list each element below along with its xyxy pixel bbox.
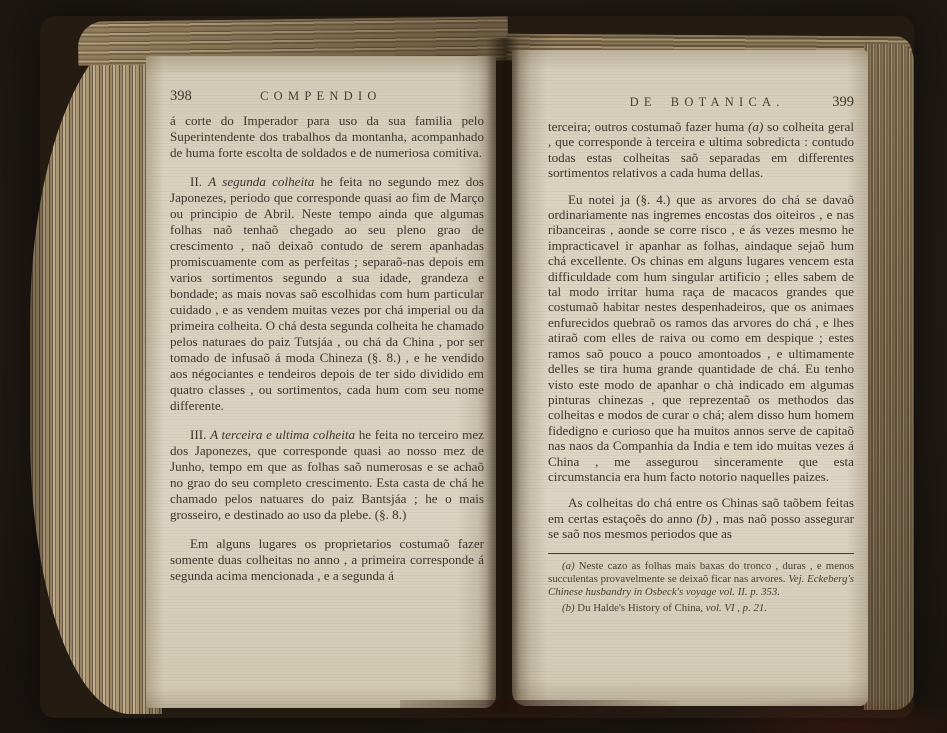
- right-page-text: terceira; outros costumaõ fazer huma (a)…: [548, 119, 854, 542]
- bottom-right-shadow: [690, 696, 947, 733]
- book-scan-background: 398 COMPENDIO á corte do Imperador para …: [0, 0, 947, 733]
- right-page-edge-stack: [864, 44, 914, 710]
- right-page: DE BOTANICA. 399 terceira; outros costum…: [512, 50, 868, 706]
- right-paragraph-1: terceira; outros costumaõ fazer huma (a)…: [548, 119, 854, 181]
- footnote-a: (a) Neste cazo as folhas mais baxas do t…: [548, 560, 854, 600]
- right-page-number: 399: [832, 94, 854, 111]
- left-page-text: á corte do Imperador para uso da sua fam…: [170, 113, 484, 584]
- left-paragraph-4: Em alguns lugares os proprietarios costu…: [170, 536, 484, 584]
- left-paragraph-3: III. A terceira e ultima colheita he fei…: [170, 427, 484, 523]
- left-page-header: 398 COMPENDIO: [170, 88, 484, 105]
- left-page-number: 398: [170, 88, 192, 105]
- footnote-b: (b) Du Halde's History of China, vol. VI…: [548, 602, 854, 615]
- right-page-header: DE BOTANICA. 399: [548, 94, 854, 111]
- book-gutter-shadow: [486, 38, 520, 712]
- right-paragraph-2: Eu notei ja (§. 4.) que as arvores do ch…: [548, 192, 854, 485]
- right-running-title: DE BOTANICA.: [582, 95, 832, 110]
- left-running-title: COMPENDIO: [192, 89, 450, 104]
- footnotes-section: (a) Neste cazo as folhas mais baxas do t…: [548, 553, 854, 616]
- left-page: 398 COMPENDIO á corte do Imperador para …: [146, 56, 496, 708]
- bottom-spine-shadow: [400, 700, 680, 733]
- left-paragraph-2: II. A segunda colheita he feita no segun…: [170, 174, 484, 414]
- right-paragraph-3: As colheitas do chá entre os Chinas saõ …: [548, 495, 854, 541]
- left-paragraph-1: á corte do Imperador para uso da sua fam…: [170, 113, 484, 161]
